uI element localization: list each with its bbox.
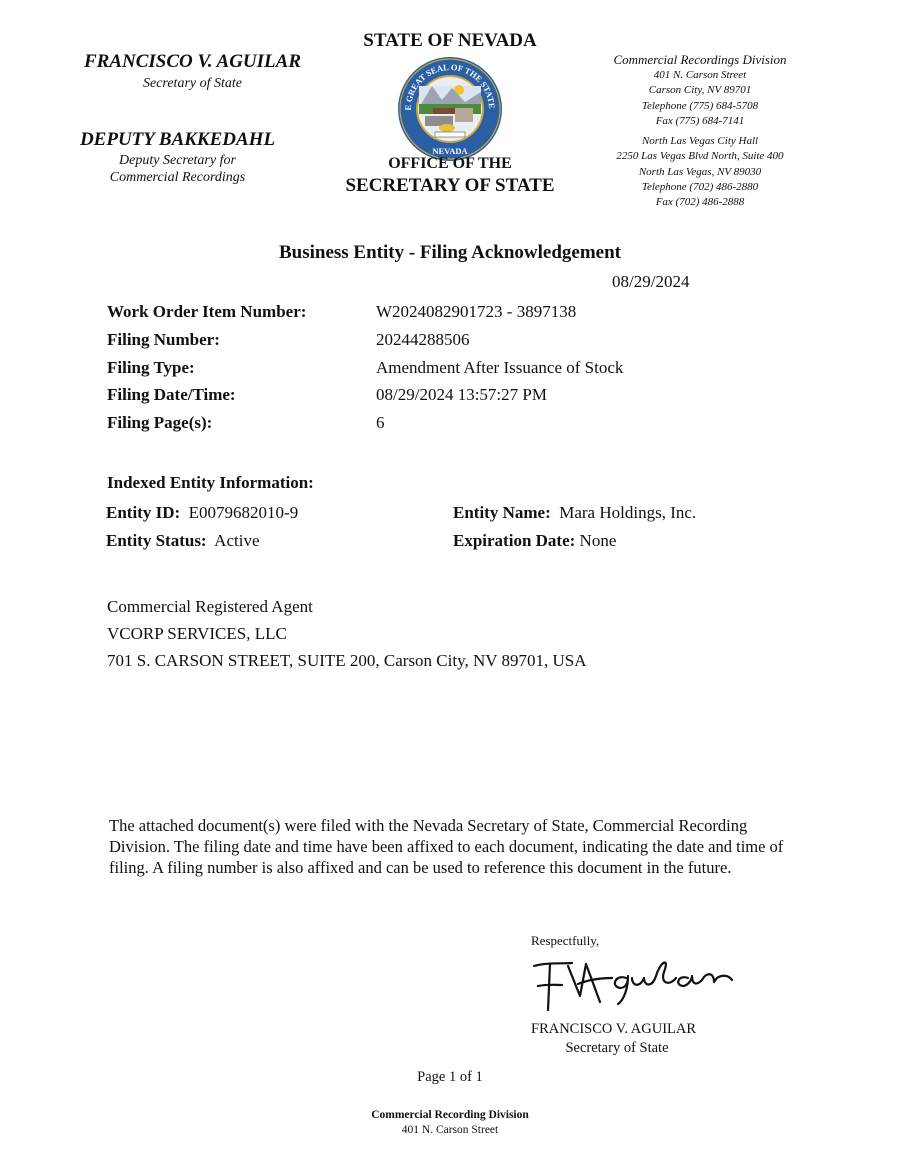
expiration-date-value: None (580, 531, 617, 550)
field-row-filing-number: Filing Number: 20244288506 (107, 330, 623, 358)
signature-icon (528, 952, 763, 1014)
field-row-filing-type: Filing Type: Amendment After Issuance of… (107, 358, 623, 386)
nevada-seal-icon: THE GREAT SEAL OF THE STATE OF NEVADA (397, 56, 503, 162)
entity-status-value: Active (214, 531, 259, 550)
secretary-title: Secretary of State (60, 75, 325, 92)
signer-name: FRANCISCO V. AGUILAR (531, 1021, 696, 1038)
field-row-filing-datetime: Filing Date/Time: 08/29/2024 13:57:27 PM (107, 385, 623, 413)
contact-nlv-4: Fax (702) 486-2888 (590, 195, 810, 210)
contact-nlv-2: North Las Vegas, NV 89030 (590, 165, 810, 180)
field-label: Filing Date/Time: (107, 385, 376, 413)
filing-notice-paragraph: The attached document(s) were filed with… (109, 816, 789, 878)
page-indicator: Page 1 of 1 (0, 1069, 900, 1086)
contact-nlv-3: Telephone (702) 486-2880 (590, 180, 810, 195)
state-title: STATE OF NEVADA (340, 30, 560, 52)
entity-name: Entity Name: Mara Holdings, Inc. (453, 503, 696, 523)
deputy-title-line2: Commercial Recordings (45, 169, 310, 186)
field-row-work-order: Work Order Item Number: W2024082901723 -… (107, 302, 623, 330)
entity-status-label: Entity Status: (106, 531, 207, 550)
field-value: 20244288506 (376, 330, 470, 358)
office-line2: SECRETARY OF STATE (330, 175, 570, 197)
contact-carson-2: Carson City, NV 89701 (590, 83, 810, 98)
contact-carson-1: 401 N. Carson Street (590, 68, 810, 83)
footer-division: Commercial Recording Division (0, 1109, 900, 1121)
document-date: 08/29/2024 (612, 272, 689, 292)
secretary-name: FRANCISCO V. AGUILAR (60, 51, 325, 73)
expiration-date: Expiration Date: None (453, 531, 616, 551)
entity-id-value: E0079682010-9 (189, 503, 299, 522)
contact-block: Commercial Recordings Division 401 N. Ca… (590, 52, 810, 211)
entity-name-value: Mara Holdings, Inc. (559, 503, 696, 522)
field-label: Filing Number: (107, 330, 376, 358)
closing: Respectfully, (531, 933, 599, 949)
field-label: Work Order Item Number: (107, 302, 376, 330)
expiration-date-label: Expiration Date: (453, 531, 575, 550)
field-label: Filing Page(s): (107, 413, 376, 441)
field-value: W2024082901723 - 3897138 (376, 302, 576, 330)
entity-id: Entity ID: E0079682010-9 (106, 503, 298, 523)
contact-carson-3: Telephone (775) 684-5708 (590, 99, 810, 114)
entity-id-label: Entity ID: (106, 503, 180, 522)
office-line1: OFFICE OF THE (340, 155, 560, 173)
registered-agent: Commercial Registered Agent VCORP SERVIC… (107, 593, 587, 674)
filing-fields: Work Order Item Number: W2024082901723 -… (107, 302, 623, 441)
field-row-filing-pages: Filing Page(s): 6 (107, 413, 623, 441)
footer-address: 401 N. Carson Street (0, 1124, 900, 1136)
entity-name-label: Entity Name: (453, 503, 551, 522)
contact-carson-4: Fax (775) 684-7141 (590, 114, 810, 129)
contact-nlv-1: 2250 Las Vegas Blvd North, Suite 400 (590, 149, 810, 164)
field-label: Filing Type: (107, 358, 376, 386)
field-value: 08/29/2024 13:57:27 PM (376, 385, 547, 413)
field-value: 6 (376, 413, 385, 441)
agent-name: VCORP SERVICES, LLC (107, 620, 587, 647)
field-value: Amendment After Issuance of Stock (376, 358, 623, 386)
contact-nlv-0: North Las Vegas City Hall (590, 134, 810, 149)
agent-address: 701 S. CARSON STREET, SUITE 200, Carson … (107, 647, 587, 674)
entity-status: Entity Status: Active (106, 531, 260, 551)
signer-title: Secretary of State (531, 1040, 703, 1057)
document-title: Business Entity - Filing Acknowledgement (0, 242, 900, 264)
deputy-name: DEPUTY BAKKEDAHL (45, 129, 310, 151)
agent-type: Commercial Registered Agent (107, 593, 587, 620)
contact-carson-0: Commercial Recordings Division (590, 52, 810, 68)
deputy-title-line1: Deputy Secretary for (45, 152, 310, 169)
indexed-heading: Indexed Entity Information: (107, 473, 314, 493)
